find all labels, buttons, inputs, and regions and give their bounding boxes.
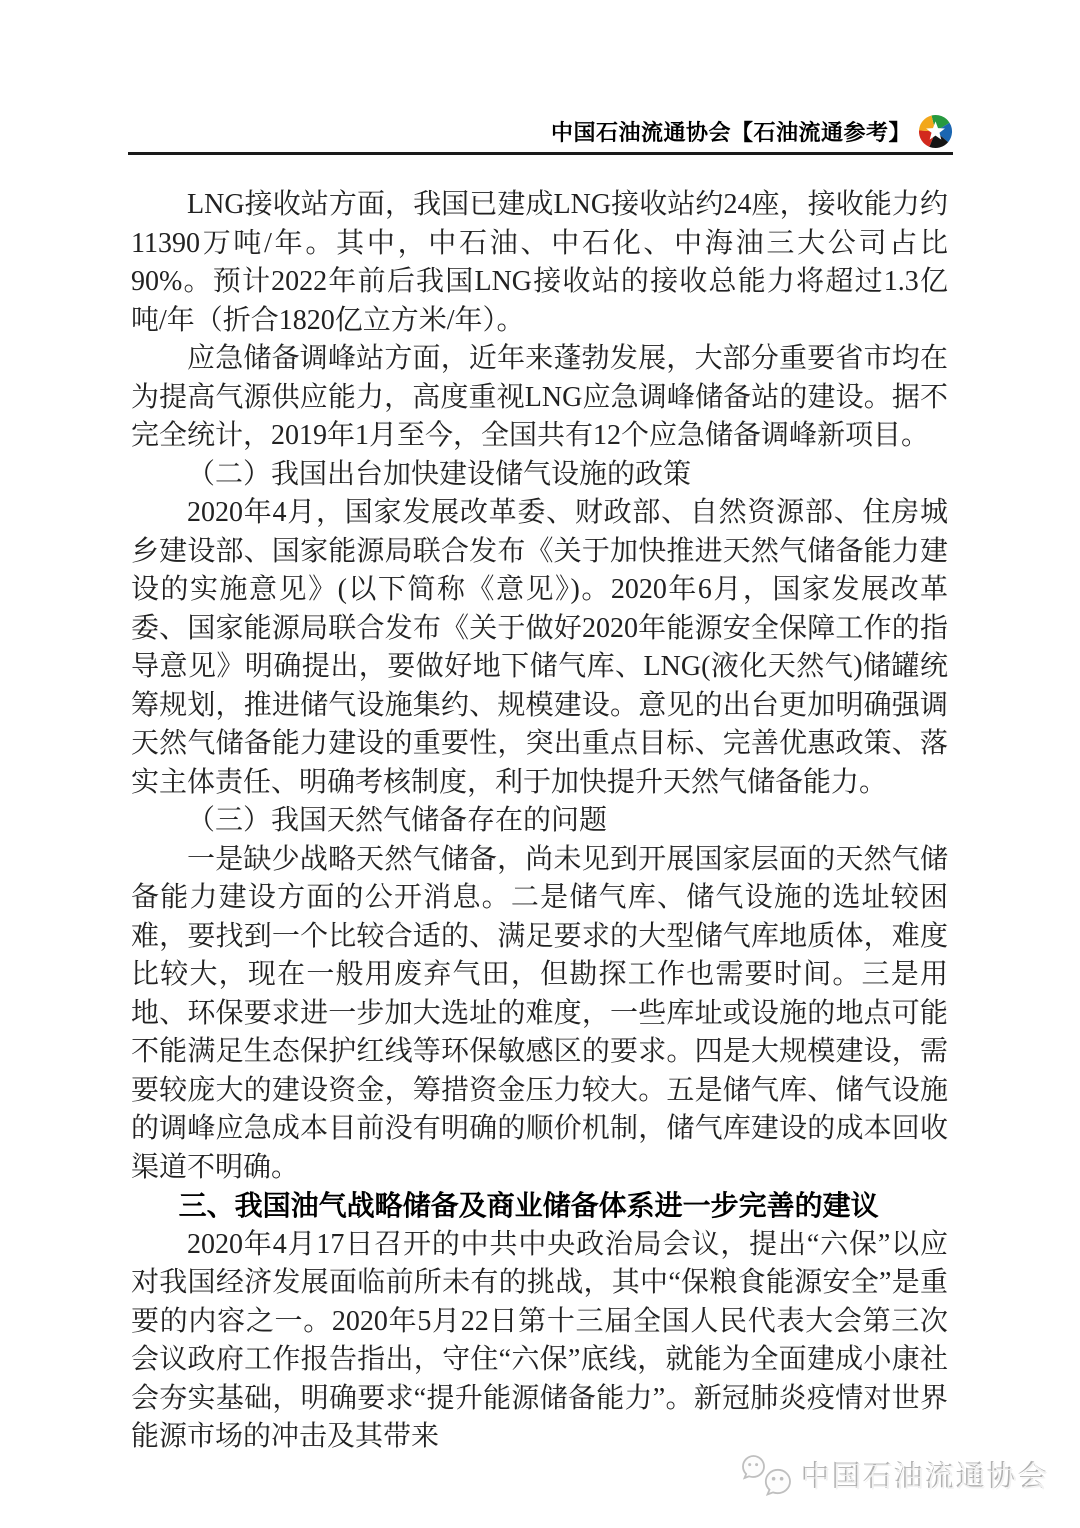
- page-footer-watermark: 中国石油流通协会: [741, 1452, 1050, 1498]
- header-divider: [128, 152, 953, 155]
- subheading-gas-reserve-problems: （三）我国天然气储备存在的问题: [131, 802, 948, 841]
- header-title: 中国石油流通协会【石油流通参考】: [551, 116, 911, 147]
- paragraph-six-guarantees: 2020年4月17日召开的中共中央政治局会议，提出“六保”以应对我国经济发展面临…: [131, 1226, 948, 1457]
- wechat-icon: [741, 1452, 793, 1498]
- watermark-text: 中国石油流通协会: [802, 1455, 1050, 1496]
- association-pinwheel-logo-icon: [918, 114, 953, 149]
- document-page: 中国石油流通协会【石油流通参考】 LNG接收站方面，我国已建成LNG接收站约24…: [0, 0, 1080, 1528]
- paragraph-policy-details: 2020年4月，国家发展改革委、财政部、自然资源部、住房城乡建设部、国家能源局联…: [131, 494, 948, 802]
- page-header: 中国石油流通协会【石油流通参考】: [551, 114, 953, 149]
- paragraph-problems-details: 一是缺少战略天然气储备，尚未见到开展国家层面的天然气储备能力建设方面的公开消息。…: [131, 841, 948, 1188]
- document-body: LNG接收站方面，我国已建成LNG接收站约24座，接收能力约11390万吨/年。…: [131, 186, 948, 1457]
- paragraph-lng-terminals: LNG接收站方面，我国已建成LNG接收站约24座，接收能力约11390万吨/年。…: [131, 186, 948, 340]
- heading-section-three-suggestions: 三、我国油气战略储备及商业储备体系进一步完善的建议: [131, 1187, 948, 1226]
- subheading-gas-storage-policy: （二）我国出台加快建设储气设施的政策: [131, 456, 948, 495]
- paragraph-peak-shaving-stations: 应急储备调峰站方面，近年来蓬勃发展，大部分重要省市均在为提高气源供应能力，高度重…: [131, 340, 948, 456]
